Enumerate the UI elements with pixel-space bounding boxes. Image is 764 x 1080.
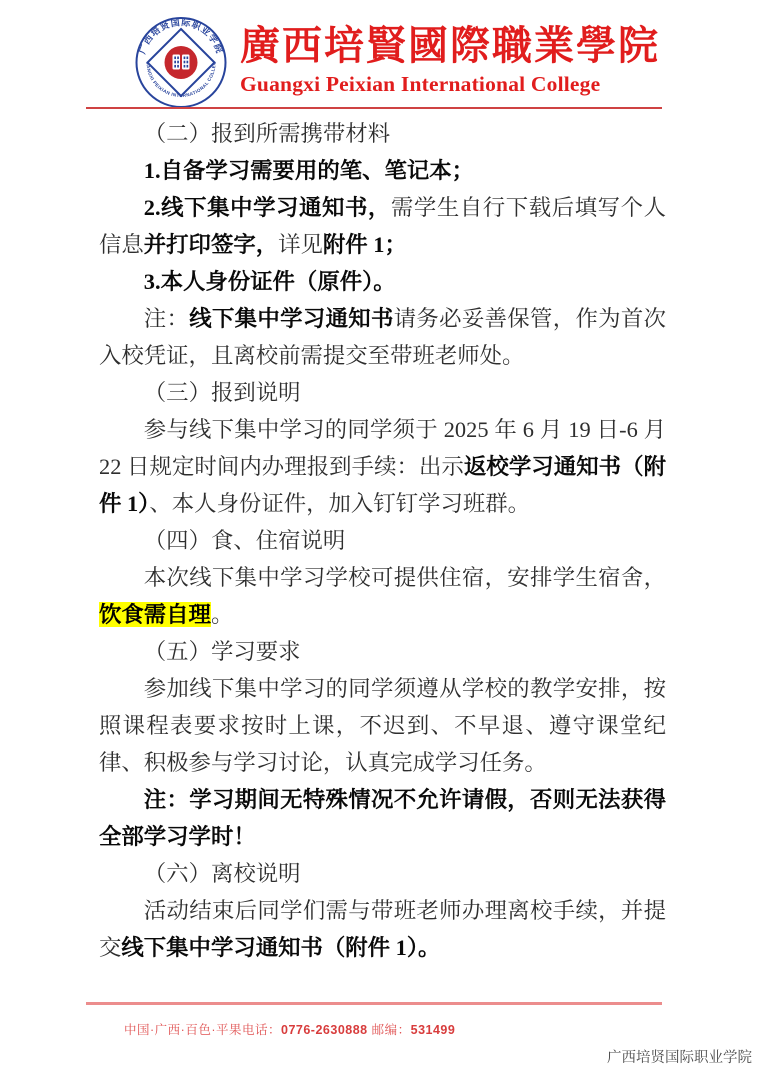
footer-divider: [86, 1002, 662, 1005]
paragraph: （二）报到所需携带材料: [99, 115, 666, 152]
text-segment: 中国·广西·百色·平果电话：: [124, 1023, 281, 1037]
text-segment: 注：学习期间无特殊情况不允许请假，否则无法获得全部学习学时！: [99, 787, 666, 849]
text-segment: 3.本人身份证件（原件）。: [144, 269, 396, 294]
logo-center-circle: [165, 46, 198, 79]
paragraph: 注：学习期间无特殊情况不允许请假，否则无法获得全部学习学时！: [99, 781, 666, 855]
paragraph: （五）学习要求: [99, 633, 666, 670]
paragraph: 注：线下集中学习通知书请务必妥善保管，作为首次入校凭证，且离校前需提交至带班老师…: [99, 300, 666, 374]
paragraph: （四）食、住宿说明: [99, 522, 666, 559]
text-segment: 1.自备学习需要用的笔、笔记本；: [144, 158, 474, 183]
text-segment: 饮食需自理: [99, 602, 211, 627]
paragraph: （六）离校说明: [99, 855, 666, 892]
college-seal-icon: 广西培贤国际职业学院 GUANGXI PEIXIAN INTERNATIONAL…: [128, 16, 234, 109]
text-segment: 531499: [411, 1023, 456, 1037]
text-segment: 0776-2630888: [281, 1023, 368, 1037]
college-titles: 廣西培賢國際職業學院 Guangxi Peixian International…: [240, 16, 660, 97]
footer-contact: 中国·广西·百色·平果电话：0776-2630888 邮编：531499: [124, 1022, 455, 1038]
paragraph: 2.线下集中学习通知书，需学生自行下载后填写个人信息并打印签字，详见附件 1；: [99, 189, 666, 263]
page-header: 广西培贤国际职业学院 GUANGXI PEIXIAN INTERNATIONAL…: [128, 16, 660, 109]
text-segment: 附件 1；: [323, 232, 407, 257]
header-divider: [86, 107, 662, 109]
text-segment: （四）食、住宿说明: [144, 528, 346, 553]
text-segment: 注：: [144, 306, 189, 331]
text-segment: 2.线下集中学习通知书，: [144, 195, 391, 220]
text-segment: （三）报到说明: [144, 380, 301, 405]
text-segment: 邮编：: [368, 1023, 411, 1037]
text-segment: 线下集中学习通知书（附件 1）。: [121, 935, 440, 960]
text-segment: 本次线下集中学习学校可提供住宿，安排学生宿舍，: [144, 565, 666, 590]
paragraph: （三）报到说明: [99, 374, 666, 411]
college-title-english: Guangxi Peixian International College: [240, 71, 660, 97]
college-watermark: 广西培贤国际职业学院: [607, 1046, 752, 1067]
text-segment: （二）报到所需携带材料: [144, 121, 390, 146]
text-segment: 、本人身份证件，加入钉钉学习班群。: [149, 491, 530, 516]
paragraph: 参与线下集中学习的同学须于 2025 年 6 月 19 日-6 月 22 日规定…: [99, 411, 666, 522]
paragraph: 本次线下集中学习学校可提供住宿，安排学生宿舍，饮食需自理。: [99, 559, 666, 633]
paragraph: 活动结束后同学们需与带班老师办理离校手续，并提交线下集中学习通知书（附件 1）。: [99, 892, 666, 966]
college-title-chinese: 廣西培賢國際職業學院: [240, 23, 660, 69]
text-segment: 线下集中学习通知书: [189, 306, 393, 331]
text-segment: 参加线下集中学习的同学须遵从学校的教学安排，按照课程表要求按时上课，不迟到、不早…: [99, 676, 666, 775]
text-segment: 并打印签字，: [144, 232, 278, 257]
paragraph: 参加线下集中学习的同学须遵从学校的教学安排，按照课程表要求按时上课，不迟到、不早…: [99, 670, 666, 781]
text-segment: 。: [211, 602, 233, 627]
text-segment: （五）学习要求: [144, 639, 301, 664]
text-segment: （六）离校说明: [144, 861, 301, 886]
paragraph: 3.本人身份证件（原件）。: [99, 263, 666, 300]
text-segment: 详见: [278, 232, 323, 257]
document-body: （二）报到所需携带材料1.自备学习需要用的笔、笔记本；2.线下集中学习通知书，需…: [99, 115, 666, 966]
paragraph: 1.自备学习需要用的笔、笔记本；: [99, 152, 666, 189]
document-page: 广西培贤国际职业学院 GUANGXI PEIXIAN INTERNATIONAL…: [0, 0, 764, 1080]
